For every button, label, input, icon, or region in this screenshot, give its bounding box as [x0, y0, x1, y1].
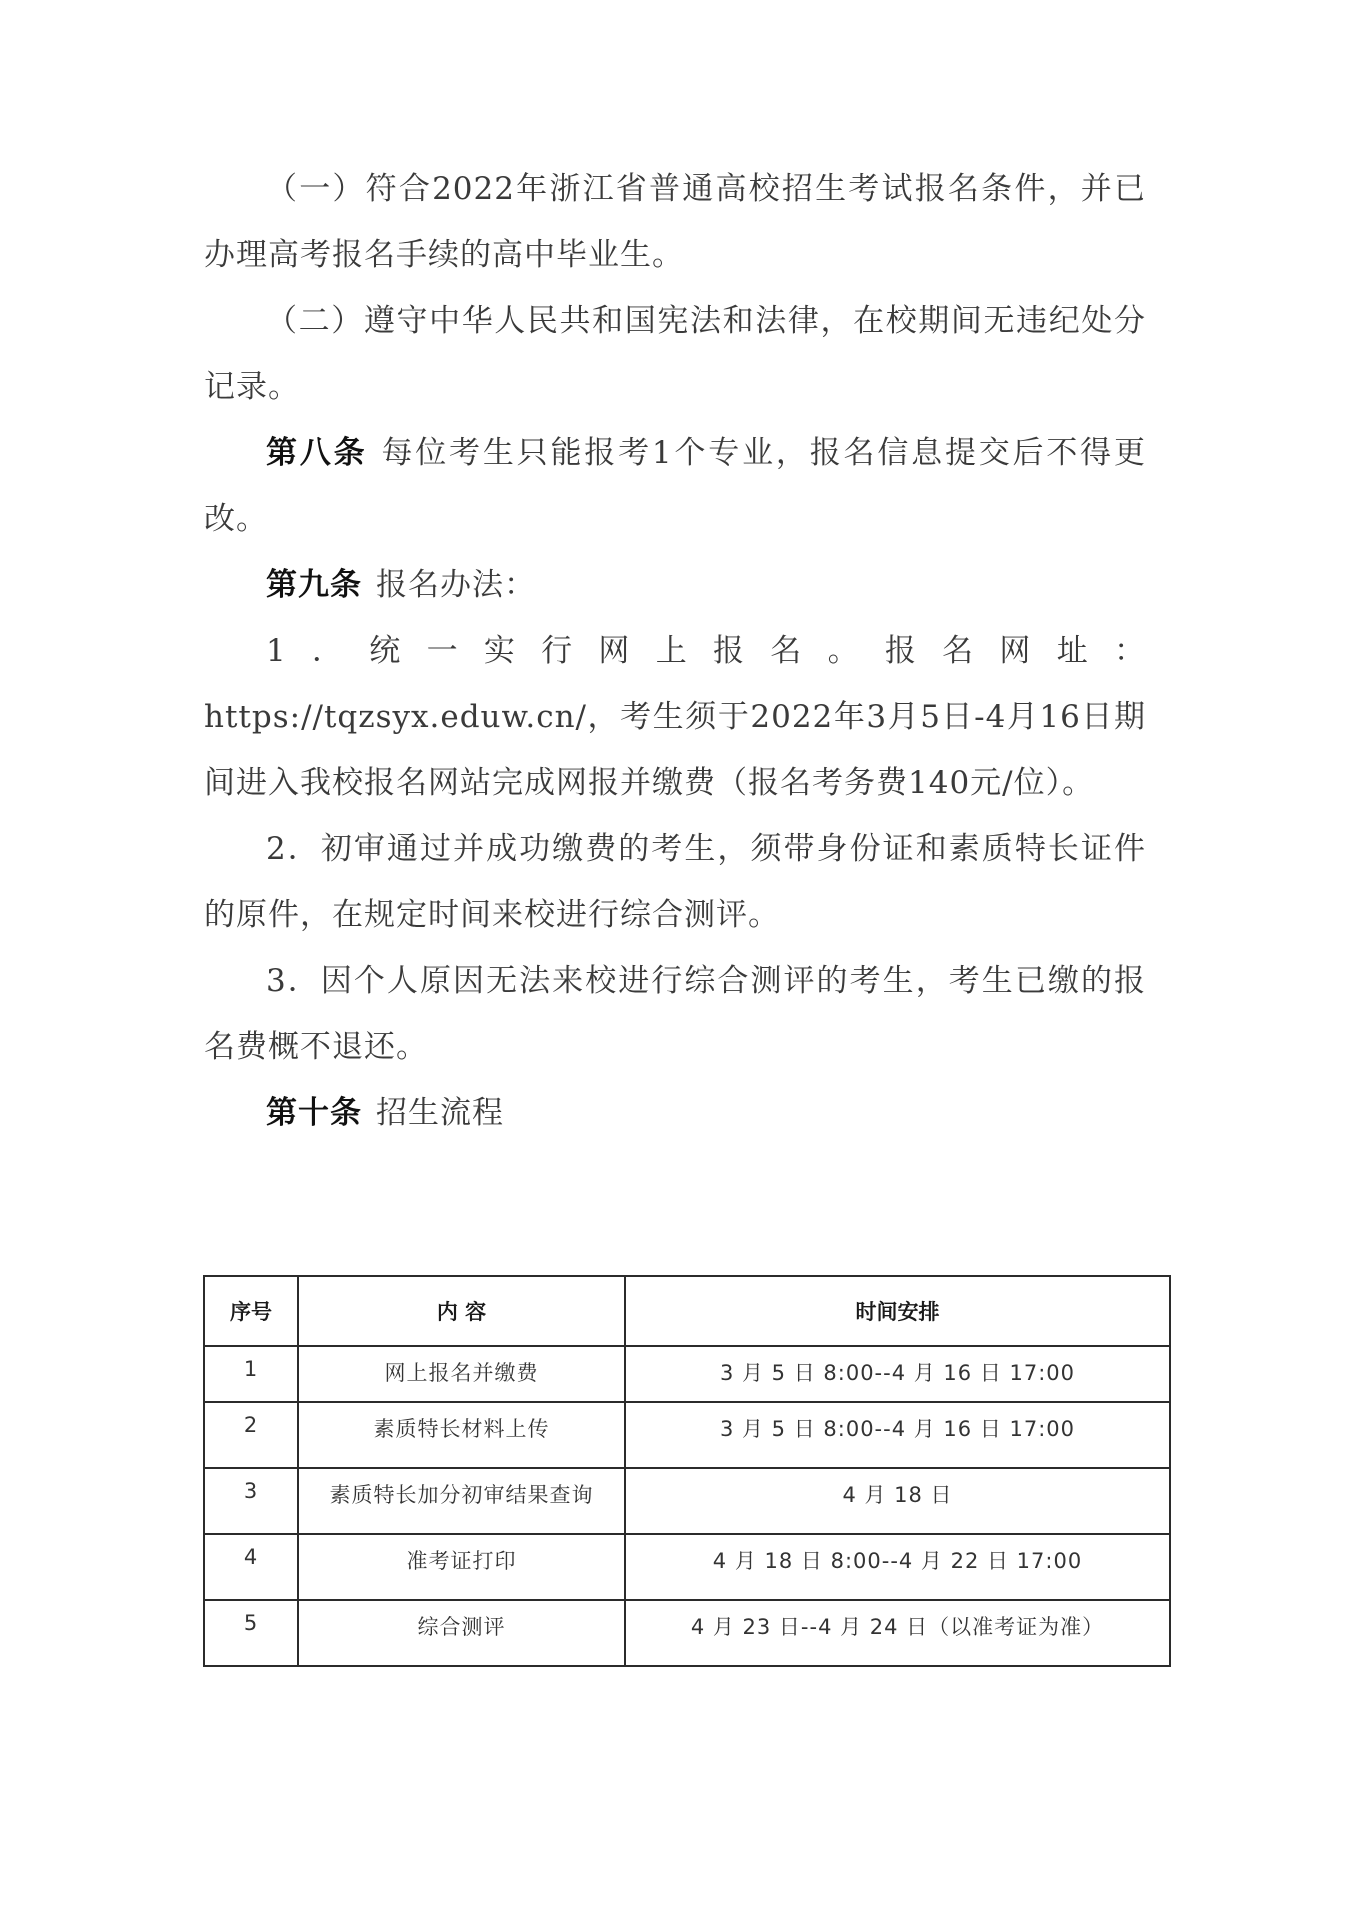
table-row: 2 素质特长材料上传 3 月 5 日 8:00--4 月 16 日 17:00 — [204, 1402, 1170, 1468]
table-row: 3 素质特长加分初审结果查询 4 月 18 日 — [204, 1468, 1170, 1534]
cell-time: 4 月 18 日 8:00--4 月 22 日 17:00 — [625, 1534, 1170, 1600]
paragraph-text: 2．初审通过并成功缴费的考生，须带身份证和素质特长证件的原件，在规定时间来校进行… — [204, 831, 1146, 933]
cell-content: 综合测评 — [298, 1600, 625, 1666]
paragraph-text: 招生流程 — [376, 1095, 504, 1131]
table-header-row: 序号 内 容 时间安排 — [204, 1276, 1170, 1346]
paragraph-item-1-rest: https://tqzsyx.eduw.cn/，考生须于2022年3月5日-4月… — [204, 684, 1146, 816]
document-body: （一）符合2022年浙江省普通高校招生考试报名条件，并已办理高考报名手续的高中毕… — [204, 156, 1146, 1146]
table-row: 4 准考证打印 4 月 18 日 8:00--4 月 22 日 17:00 — [204, 1534, 1170, 1600]
article-heading: 第十条 — [266, 1095, 362, 1131]
cell-time: 3 月 5 日 8:00--4 月 16 日 17:00 — [625, 1402, 1170, 1468]
cell-time: 4 月 18 日 — [625, 1468, 1170, 1534]
document-page: （一）符合2022年浙江省普通高校招生考试报名条件，并已办理高考报名手续的高中毕… — [0, 0, 1350, 1908]
article-heading: 第八条 — [266, 435, 367, 471]
paragraph-condition-1: （一）符合2022年浙江省普通高校招生考试报名条件，并已办理高考报名手续的高中毕… — [204, 156, 1146, 288]
cell-content: 准考证打印 — [298, 1534, 625, 1600]
cell-no: 2 — [204, 1402, 298, 1468]
cell-no: 1 — [204, 1346, 298, 1402]
paragraph-text: 3．因个人原因无法来校进行综合测评的考生，考生已缴的报名费概不退还。 — [204, 963, 1146, 1065]
enrollment-schedule-table: 序号 内 容 时间安排 1 网上报名并缴费 3 月 5 日 8:00--4 月 … — [203, 1275, 1171, 1667]
cell-content: 素质特长材料上传 — [298, 1402, 625, 1468]
header-content: 内 容 — [298, 1276, 625, 1346]
paragraph-text: （一）符合2022年浙江省普通高校招生考试报名条件，并已办理高考报名手续的高中毕… — [204, 171, 1146, 273]
paragraph-article-9: 第九条报名办法： — [204, 552, 1146, 618]
paragraph-item-3: 3．因个人原因无法来校进行综合测评的考生，考生已缴的报名费概不退还。 — [204, 948, 1146, 1080]
table-row: 5 综合测评 4 月 23 日--4 月 24 日（以准考证为准） — [204, 1600, 1170, 1666]
article-heading: 第九条 — [266, 567, 362, 603]
cell-time: 4 月 23 日--4 月 24 日（以准考证为准） — [625, 1600, 1170, 1666]
registration-url-and-fee-text: https://tqzsyx.eduw.cn/，考生须于2022年3月5日-4月… — [204, 699, 1146, 801]
cell-no: 3 — [204, 1468, 298, 1534]
cell-no: 5 — [204, 1600, 298, 1666]
cell-time: 3 月 5 日 8:00--4 月 16 日 17:00 — [625, 1346, 1170, 1402]
cell-content: 网上报名并缴费 — [298, 1346, 625, 1402]
paragraph-condition-2: （二）遵守中华人民共和国宪法和法律，在校期间无违纪处分记录。 — [204, 288, 1146, 420]
cell-no: 4 — [204, 1534, 298, 1600]
paragraph-article-8: 第八条每位考生只能报考1个专业，报名信息提交后不得更改。 — [204, 420, 1146, 552]
paragraph-text: （二）遵守中华人民共和国宪法和法律，在校期间无违纪处分记录。 — [204, 303, 1146, 405]
cell-content: 素质特长加分初审结果查询 — [298, 1468, 625, 1534]
paragraph-text: 报名办法： — [376, 567, 536, 603]
table-row: 1 网上报名并缴费 3 月 5 日 8:00--4 月 16 日 17:00 — [204, 1346, 1170, 1402]
paragraph-item-2: 2．初审通过并成功缴费的考生，须带身份证和素质特长证件的原件，在规定时间来校进行… — [204, 816, 1146, 948]
paragraph-item-1-first-line: 1．统一实行网上报名。报名网址： — [204, 618, 1146, 684]
paragraph-article-10: 第十条招生流程 — [204, 1080, 1146, 1146]
header-no: 序号 — [204, 1276, 298, 1346]
header-time: 时间安排 — [625, 1276, 1170, 1346]
paragraph-text: 1．统一实行网上报名。报名网址： — [266, 633, 1146, 669]
